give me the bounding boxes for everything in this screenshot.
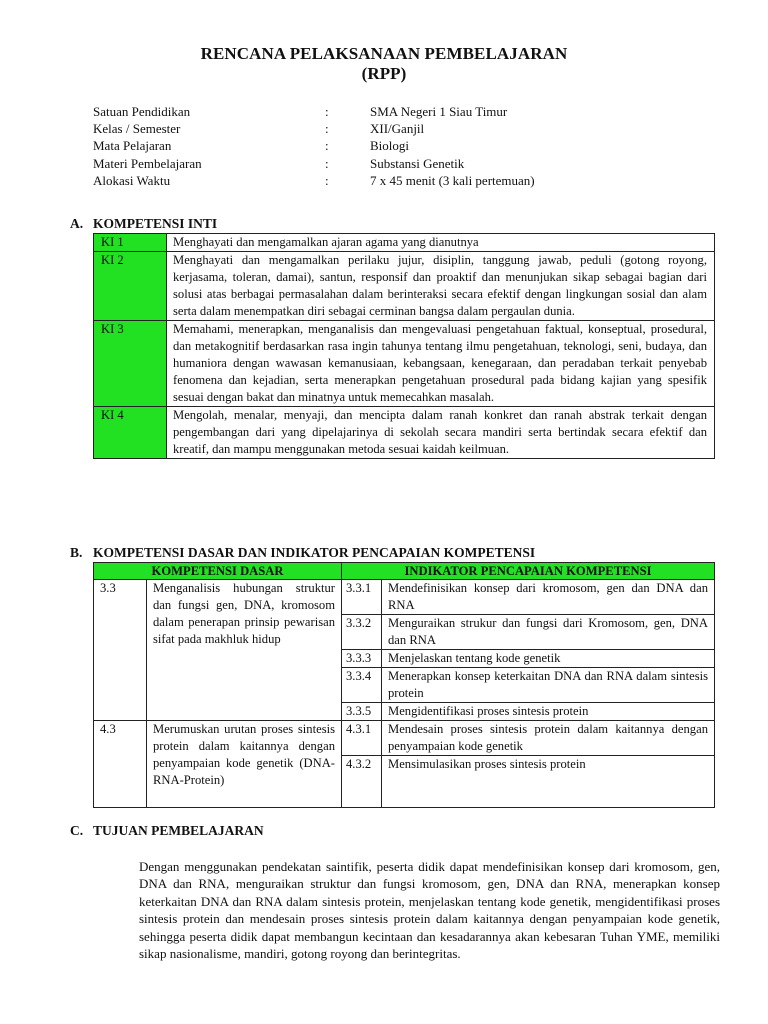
table-row: KI 2 Menghayati dan mengamalkan perilaku… <box>94 252 715 321</box>
document-subtitle: (RPP) <box>0 64 768 84</box>
indicator-description: Mendefinisikan konsep dari kromosom, gen… <box>382 580 715 615</box>
section-title: TUJUAN PEMBELAJARAN <box>93 823 264 838</box>
learning-objectives-paragraph: Dengan menggunakan pendekatan saintifik,… <box>139 858 720 962</box>
identity-separator: : <box>325 103 329 120</box>
indicator-code: 3.3.1 <box>342 580 382 615</box>
indicator-code: 4.3.1 <box>342 721 382 756</box>
indicator-code: 3.3.2 <box>342 615 382 650</box>
table-row: 4.3 Merumuskan urutan proses sintesis pr… <box>94 721 715 756</box>
ki-description: Menghayati dan mengamalkan perilaku juju… <box>167 252 715 321</box>
document-page: RENCANA PELAKSANAAN PEMBELAJARAN (RPP) S… <box>0 0 768 1024</box>
indicator-description: Menerapkan konsep keterkaitan DNA dan RN… <box>382 668 715 703</box>
section-title: KOMPETENSI INTI <box>93 216 217 231</box>
document-title: RENCANA PELAKSANAAN PEMBELAJARAN <box>0 44 768 64</box>
identity-label: Alokasi Waktu <box>93 172 170 189</box>
indicator-code: 3.3.5 <box>342 703 382 721</box>
ki-description: Menghayati dan mengamalkan ajaran agama … <box>167 234 715 252</box>
identity-separator: : <box>325 155 329 172</box>
identity-label: Satuan Pendidikan <box>93 103 190 120</box>
indicator-description: Mendesain proses sintesis protein dalam … <box>382 721 715 756</box>
table-row: KI 1 Menghayati dan mengamalkan ajaran a… <box>94 234 715 252</box>
identity-value: Substansi Genetik <box>370 155 464 172</box>
ki-code: KI 2 <box>94 252 167 321</box>
section-number: B. <box>70 545 93 561</box>
table-row: KI 4 Mengolah, menalar, menyaji, dan men… <box>94 407 715 459</box>
section-number: A. <box>70 216 93 232</box>
identity-value: XII/Ganjil <box>370 120 424 137</box>
column-header-kd: KOMPETENSI DASAR <box>94 563 342 580</box>
ki-description: Mengolah, menalar, menyaji, dan mencipta… <box>167 407 715 459</box>
indicator-code: 3.3.3 <box>342 650 382 668</box>
indicator-code: 4.3.2 <box>342 756 382 808</box>
identity-label: Materi Pembelajaran <box>93 155 202 172</box>
kompetensi-dasar-table: KOMPETENSI DASAR INDIKATOR PENCAPAIAN KO… <box>93 562 715 808</box>
identity-label: Kelas / Semester <box>93 120 180 137</box>
section-a-heading: A.KOMPETENSI INTI <box>70 216 217 232</box>
table-row: KI 3 Memahami, menerapkan, menganalisis … <box>94 321 715 407</box>
table-header-row: KOMPETENSI DASAR INDIKATOR PENCAPAIAN KO… <box>94 563 715 580</box>
identity-separator: : <box>325 120 329 137</box>
identity-label: Mata Pelajaran <box>93 137 171 154</box>
ki-code: KI 3 <box>94 321 167 407</box>
identity-separator: : <box>325 137 329 154</box>
ki-code: KI 4 <box>94 407 167 459</box>
identity-value: 7 x 45 menit (3 kali pertemuan) <box>370 172 535 189</box>
kd-description: Merumuskan urutan proses sintesis protei… <box>147 721 342 808</box>
column-header-ipk: INDIKATOR PENCAPAIAN KOMPETENSI <box>342 563 715 580</box>
ki-description: Memahami, menerapkan, menganalisis dan m… <box>167 321 715 407</box>
kd-code: 3.3 <box>94 580 147 721</box>
indicator-description: Menjelaskan tentang kode genetik <box>382 650 715 668</box>
indicator-description: Mensimulasikan proses sintesis protein <box>382 756 715 808</box>
kd-code: 4.3 <box>94 721 147 808</box>
section-title: KOMPETENSI DASAR DAN INDIKATOR PENCAPAIA… <box>93 545 535 560</box>
ki-code: KI 1 <box>94 234 167 252</box>
kompetensi-inti-table: KI 1 Menghayati dan mengamalkan ajaran a… <box>93 233 715 459</box>
kd-description: Menganalisis hubungan struktur dan fungs… <box>147 580 342 721</box>
identity-separator: : <box>325 172 329 189</box>
table-row: 3.3 Menganalisis hubungan struktur dan f… <box>94 580 715 615</box>
identity-value: SMA Negeri 1 Siau Timur <box>370 103 507 120</box>
section-c-heading: C.TUJUAN PEMBELAJARAN <box>70 823 264 839</box>
indicator-description: Mengidentifikasi proses sintesis protein <box>382 703 715 721</box>
indicator-description: Menguraikan strukur dan fungsi dari Krom… <box>382 615 715 650</box>
section-b-heading: B.KOMPETENSI DASAR DAN INDIKATOR PENCAPA… <box>70 545 535 561</box>
indicator-code: 3.3.4 <box>342 668 382 703</box>
identity-value: Biologi <box>370 137 409 154</box>
section-number: C. <box>70 823 93 839</box>
